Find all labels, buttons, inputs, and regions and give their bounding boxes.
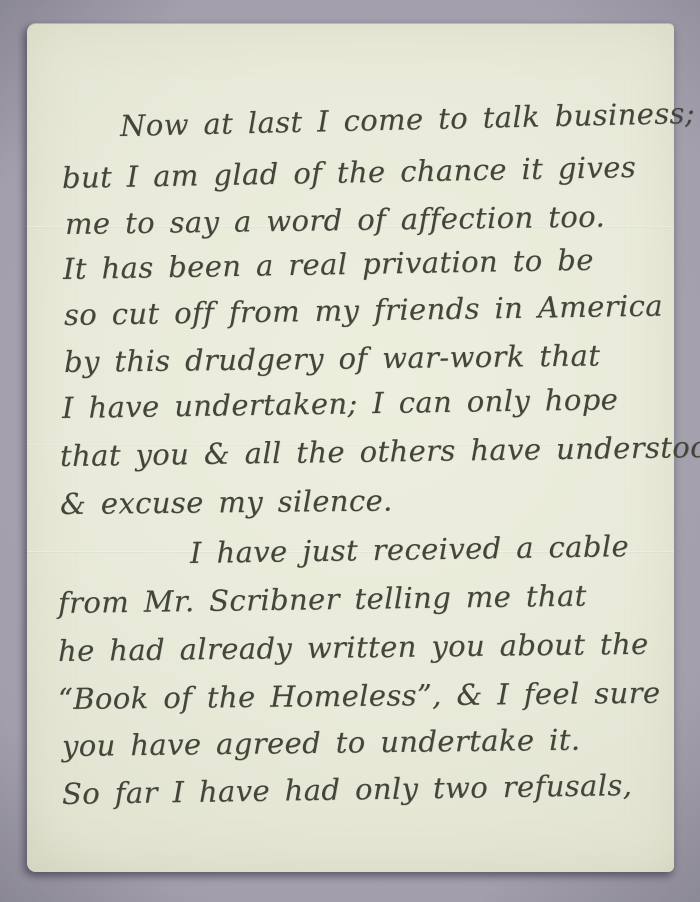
handwritten-line: me to say a word of affection too. — [65, 200, 606, 241]
handwritten-line: but I am glad of the chance it gives — [62, 151, 637, 195]
handwritten-line: so cut off from my friends in America — [64, 290, 663, 333]
handwritten-line: & excuse my silence. — [60, 485, 393, 522]
photo-background: Now at last I come to talk business; but… — [0, 0, 700, 902]
letter-page: Now at last I come to talk business; but… — [27, 23, 674, 872]
handwritten-line: It has been a real privation to be — [63, 244, 594, 287]
handwritten-line: from Mr. Scribner telling me that — [58, 580, 587, 621]
handwritten-line: “Book of the Homeless”, & I feel sure — [58, 677, 661, 717]
handwritten-line: I have undertaken; I can only hope — [62, 383, 619, 425]
handwritten-line: So far I have had only two refusals, — [62, 769, 633, 811]
handwritten-line: I have just received a cable — [190, 530, 630, 570]
handwritten-line: that you & all the others have understoo… — [60, 431, 700, 474]
handwritten-line: Now at last I come to talk business; — [120, 97, 696, 143]
handwritten-line: by this drudgery of war-work that — [64, 339, 601, 379]
handwritten-line: you have agreed to undertake it. — [62, 724, 581, 764]
handwritten-line: he had already written you about the — [58, 628, 649, 669]
